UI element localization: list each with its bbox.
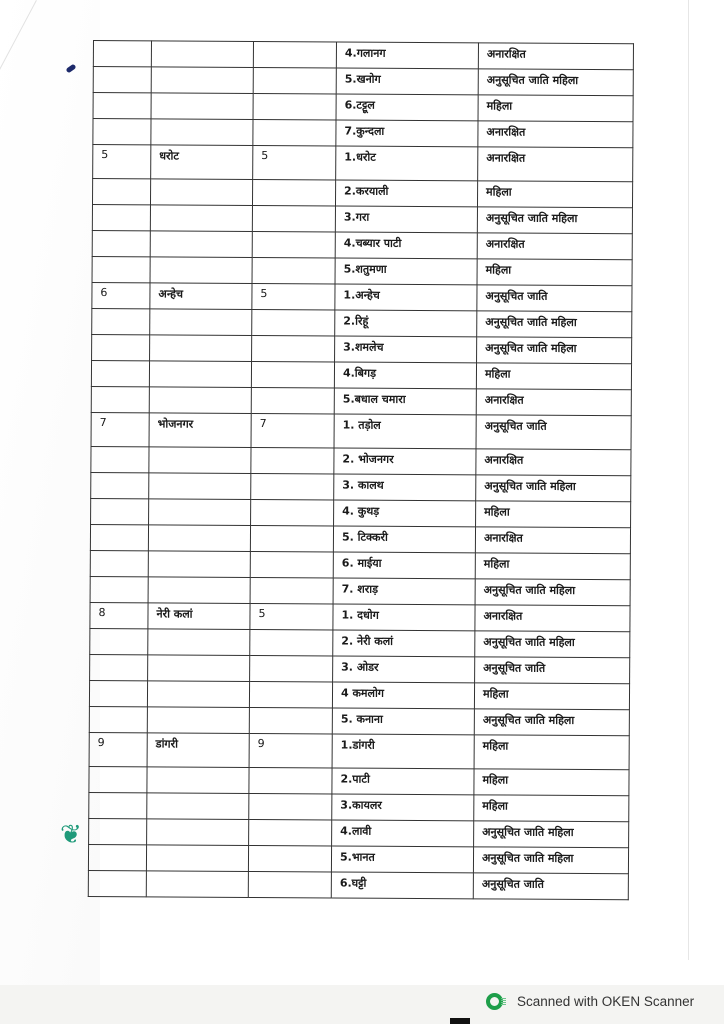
cell-serial-no — [93, 41, 151, 67]
cell-ward-count — [248, 845, 331, 872]
cell-panchayat — [149, 361, 251, 388]
cell-panchayat — [151, 93, 253, 120]
scanner-watermark-text: Scanned with OKEN Scanner — [517, 994, 694, 1009]
cell-panchayat — [148, 577, 250, 604]
cell-serial-no — [90, 550, 148, 576]
table-row: 4. कुथड़महिला — [91, 498, 631, 527]
cell-ward: 3.शमलेच — [335, 336, 477, 363]
scanned-page: ❦ 4.गलानगअनारक्षित5.खनोगअनुसूचित जाति मह… — [0, 0, 724, 985]
cell-serial-no — [89, 766, 147, 792]
cell-panchayat — [147, 819, 249, 846]
cell-ward: 1. दधोग — [333, 604, 475, 631]
cell-serial-no: 5 — [93, 145, 151, 179]
oken-scanner-logo-icon — [486, 993, 503, 1010]
cell-serial-no — [89, 818, 147, 844]
cell-serial-no — [91, 386, 149, 412]
cell-serial-no — [93, 93, 151, 119]
cell-ward-count — [249, 707, 332, 734]
cell-ward: 3. ओडर — [333, 656, 475, 683]
cell-ward-count: 5 — [252, 283, 335, 310]
cell-panchayat — [150, 205, 252, 232]
table-row: 6.टट्टूलमहिला — [93, 93, 633, 122]
cell-serial-no — [90, 576, 148, 602]
cell-ward: 6. माईया — [333, 552, 475, 579]
cell-reservation: अनारक्षित — [478, 43, 633, 70]
cell-panchayat — [149, 447, 251, 474]
table-row: 2. भोजनगरअनारक्षित — [91, 446, 631, 475]
cell-reservation: महिला — [474, 795, 629, 822]
cell-ward: 1. तड़ोल — [334, 414, 476, 449]
cell-serial-no — [92, 308, 150, 334]
cell-ward-count — [252, 205, 335, 232]
cell-panchayat — [150, 335, 252, 362]
cell-ward-count — [250, 525, 333, 552]
table-row: 2.करयालीमहिला — [92, 179, 632, 208]
ward-reservation-table-container: 4.गलानगअनारक्षित5.खनोगअनुसूचित जाति महिल… — [88, 40, 633, 900]
cell-serial-no — [89, 792, 147, 818]
cell-reservation: महिला — [476, 363, 631, 390]
cell-ward-count — [251, 387, 334, 414]
cell-panchayat: अन्हेच — [150, 283, 252, 310]
cell-ward-count — [250, 551, 333, 578]
cell-ward: 3. कालथ — [334, 474, 476, 501]
cell-ward: 2. नेरी कलां — [333, 630, 475, 657]
table-row: 3.कायलरमहिला — [89, 792, 629, 821]
table-row: 7.कुन्दलाअनारक्षित — [93, 119, 633, 148]
table-row: 5.खनोगअनुसूचित जाति महिला — [93, 67, 633, 96]
cell-reservation: अनुसूचित जाति — [476, 415, 631, 450]
table-row: 4.बिगड़महिला — [91, 360, 631, 389]
cell-serial-no — [90, 654, 148, 680]
table-row: 2.पाटीमहिला — [89, 766, 629, 795]
cell-panchayat — [148, 525, 250, 552]
ward-reservation-table: 4.गलानगअनारक्षित5.खनोगअनुसूचित जाति महिल… — [88, 40, 634, 900]
cell-panchayat — [147, 681, 249, 708]
table-row: 4.लावीअनुसूचित जाति महिला — [89, 818, 629, 847]
cell-ward-count — [253, 93, 336, 120]
cell-panchayat — [151, 67, 253, 94]
table-row: 6. माईयामहिला — [90, 550, 630, 579]
cell-ward-count — [249, 681, 332, 708]
cell-reservation: महिला — [477, 259, 632, 286]
cell-panchayat: धरोट — [151, 145, 253, 180]
table-body: 4.गलानगअनारक्षित5.खनोगअनुसूचित जाति महिल… — [88, 41, 633, 900]
cell-reservation: अनारक्षित — [478, 147, 633, 182]
cell-serial-no — [91, 360, 149, 386]
cell-reservation: अनुसूचित जाति महिला — [475, 579, 630, 606]
cell-ward: 4.बिगड़ — [334, 362, 476, 389]
cell-serial-no — [89, 706, 147, 732]
cell-ward-count — [253, 41, 336, 68]
cell-ward: 2. भोजनगर — [334, 448, 476, 475]
cell-panchayat — [148, 551, 250, 578]
cell-reservation: अनुसूचित जाति — [473, 873, 628, 900]
cell-panchayat — [151, 119, 253, 146]
cell-panchayat — [146, 845, 248, 872]
cell-ward: 7. शराड़ — [333, 578, 475, 605]
cell-ward-count: 9 — [249, 733, 332, 768]
cell-reservation: अनारक्षित — [478, 121, 633, 148]
cell-panchayat — [147, 707, 249, 734]
cell-reservation: महिला — [477, 181, 632, 208]
cell-serial-no: 8 — [90, 602, 148, 628]
cell-ward: 4.गलानग — [336, 42, 478, 69]
cell-panchayat — [149, 387, 251, 414]
table-row: 9डांगरी91.डांगरीमहिला — [89, 732, 629, 769]
cell-ward: 5. टिक्करी — [333, 526, 475, 553]
cell-reservation: अनुसूचित जाति महिला — [477, 311, 632, 338]
cell-serial-no — [92, 179, 150, 205]
cell-reservation: महिला — [475, 553, 630, 580]
cell-reservation: अनुसूचित जाति महिला — [476, 475, 631, 502]
cell-ward-count — [249, 767, 332, 794]
cell-serial-no — [89, 680, 147, 706]
cell-serial-no — [93, 119, 151, 145]
cell-ward-count — [248, 871, 331, 898]
cell-serial-no — [92, 230, 150, 256]
scanner-watermark: Scanned with OKEN Scanner — [486, 990, 694, 1012]
table-row: 4.चब्यार पाटीअनारक्षित — [92, 230, 632, 259]
table-row: 7. शराड़अनुसूचित जाति महिला — [90, 576, 630, 605]
table-row: 8नेरी कलां51. दधोगअनारक्षित — [90, 602, 630, 631]
cell-reservation: अनारक्षित — [476, 389, 631, 416]
cell-reservation: महिला — [476, 501, 631, 528]
cell-ward: 5.भानत — [331, 846, 473, 873]
cell-panchayat — [150, 257, 252, 284]
cell-serial-no — [92, 204, 150, 230]
table-row: 5.शतुमणामहिला — [92, 256, 632, 285]
cell-ward-count — [249, 793, 332, 820]
cell-ward-count: 7 — [251, 413, 334, 448]
cell-panchayat — [149, 499, 251, 526]
page-shadow — [0, 0, 100, 985]
cell-ward-count — [252, 179, 335, 206]
cell-ward: 4. कुथड़ — [334, 500, 476, 527]
cell-ward: 1.डांगरी — [332, 734, 474, 769]
cell-serial-no — [92, 334, 150, 360]
cell-reservation: महिला — [474, 683, 629, 710]
cell-ward-count — [253, 119, 336, 146]
cell-panchayat — [150, 309, 252, 336]
cell-ward-count — [249, 819, 332, 846]
cell-reservation: अनुसूचित जाति महिला — [477, 207, 632, 234]
cell-ward-count — [253, 67, 336, 94]
table-row: 2. नेरी कलांअनुसूचित जाति महिला — [90, 628, 630, 657]
cell-ward: 5.खनोग — [336, 68, 478, 95]
cell-reservation: अनुसूचित जाति महिला — [478, 69, 633, 96]
green-signature-mark-icon: ❦ — [60, 815, 82, 855]
cell-reservation: महिला — [478, 95, 633, 122]
cell-reservation: अनारक्षित — [475, 605, 630, 632]
cell-ward-count — [250, 629, 333, 656]
cell-panchayat — [148, 629, 250, 656]
cell-ward: 3.कायलर — [332, 794, 474, 821]
cell-ward-count: 5 — [250, 603, 333, 630]
cell-ward-count — [250, 577, 333, 604]
cell-reservation: अनुसूचित जाति महिला — [473, 847, 628, 874]
table-row: 5.बधाल चमाराअनारक्षित — [91, 386, 631, 415]
table-row: 3.गराअनुसूचित जाति महिला — [92, 204, 632, 233]
cell-ward: 5. कनाना — [332, 708, 474, 735]
cell-ward: 2.रिहूं — [335, 310, 477, 337]
cell-ward-count — [250, 655, 333, 682]
cell-ward-count: 5 — [253, 145, 336, 180]
cell-ward: 4.लावी — [332, 820, 474, 847]
table-row: 5धरोट51.धरोटअनारक्षित — [93, 145, 633, 182]
cell-serial-no — [90, 524, 148, 550]
cell-ward-count — [251, 361, 334, 388]
table-row: 5. कनानाअनुसूचित जाति महिला — [89, 706, 629, 735]
cell-ward-count — [251, 473, 334, 500]
cell-panchayat — [147, 767, 249, 794]
table-row: 5. टिक्करीअनारक्षित — [90, 524, 630, 553]
cell-reservation: अनुसूचित जाति महिला — [474, 821, 629, 848]
cell-reservation: महिला — [474, 735, 629, 770]
cell-reservation: अनुसूचित जाति महिला — [475, 631, 630, 658]
cell-ward: 2.करयाली — [335, 180, 477, 207]
table-row: 7भोजनगर71. तड़ोलअनुसूचित जाति — [91, 412, 631, 449]
cell-ward-count — [252, 257, 335, 284]
cell-ward: 6.घट्टी — [331, 872, 473, 899]
cell-panchayat — [146, 871, 248, 898]
cell-serial-no — [91, 446, 149, 472]
cell-serial-no: 6 — [92, 282, 150, 308]
table-row: 4 कमलोगमहिला — [89, 680, 629, 709]
cell-ward: 6.टट्टूल — [336, 94, 478, 121]
cell-serial-no — [93, 67, 151, 93]
cell-ward: 1.धरोट — [336, 146, 478, 181]
cell-ward: 5.बधाल चमारा — [334, 388, 476, 415]
table-row: 2.रिहूंअनुसूचित जाति महिला — [92, 308, 632, 337]
table-row: 3. कालथअनुसूचित जाति महिला — [91, 472, 631, 501]
cell-panchayat: नेरी कलां — [148, 603, 250, 630]
cell-serial-no — [90, 628, 148, 654]
cell-panchayat: डांगरी — [147, 733, 249, 768]
table-row: 3. ओडरअनुसूचित जाति — [90, 654, 630, 683]
table-row: 6.घट्टीअनुसूचित जाति — [88, 870, 628, 899]
cell-panchayat — [147, 793, 249, 820]
table-row: 3.शमलेचअनुसूचित जाति महिला — [92, 334, 632, 363]
page-right-edge — [688, 0, 689, 960]
cell-serial-no: 9 — [89, 732, 147, 766]
cell-reservation: अनुसूचित जाति — [477, 285, 632, 312]
cell-serial-no — [91, 472, 149, 498]
cell-ward: 4 कमलोग — [332, 682, 474, 709]
cell-reservation: अनुसूचित जाति — [475, 657, 630, 684]
cell-serial-no — [91, 498, 149, 524]
cell-reservation: अनुसूचित जाति महिला — [477, 337, 632, 364]
cell-ward-count — [252, 335, 335, 362]
cell-ward: 7.कुन्दला — [336, 120, 478, 147]
cell-reservation: अनारक्षित — [476, 449, 631, 476]
cell-ward-count — [252, 231, 335, 258]
cell-panchayat — [150, 231, 252, 258]
cell-ward: 5.शतुमणा — [335, 258, 477, 285]
cell-ward-count — [251, 499, 334, 526]
cell-reservation: अनुसूचित जाति महिला — [474, 709, 629, 736]
cell-panchayat — [151, 41, 253, 68]
table-row: 5.भानतअनुसूचित जाति महिला — [88, 844, 628, 873]
cell-serial-no — [88, 870, 146, 896]
cell-ward: 3.गरा — [335, 206, 477, 233]
cell-ward: 4.चब्यार पाटी — [335, 232, 477, 259]
cell-panchayat — [149, 473, 251, 500]
cell-ward-count — [252, 309, 335, 336]
cell-panchayat — [148, 655, 250, 682]
cell-serial-no — [88, 844, 146, 870]
cell-serial-no — [92, 256, 150, 282]
cell-panchayat — [150, 179, 252, 206]
cell-ward: 1.अन्हेच — [335, 284, 477, 311]
cell-reservation: अनारक्षित — [477, 233, 632, 260]
cell-ward-count — [251, 447, 334, 474]
cell-ward: 2.पाटी — [332, 768, 474, 795]
cell-reservation: महिला — [474, 769, 629, 796]
cell-serial-no: 7 — [91, 412, 149, 446]
bottom-edge-mark — [450, 1018, 470, 1024]
cell-reservation: अनारक्षित — [475, 527, 630, 554]
cell-panchayat: भोजनगर — [149, 413, 251, 448]
table-row: 6अन्हेच51.अन्हेचअनुसूचित जाति — [92, 282, 632, 311]
table-row: 4.गलानगअनारक्षित — [93, 41, 633, 70]
